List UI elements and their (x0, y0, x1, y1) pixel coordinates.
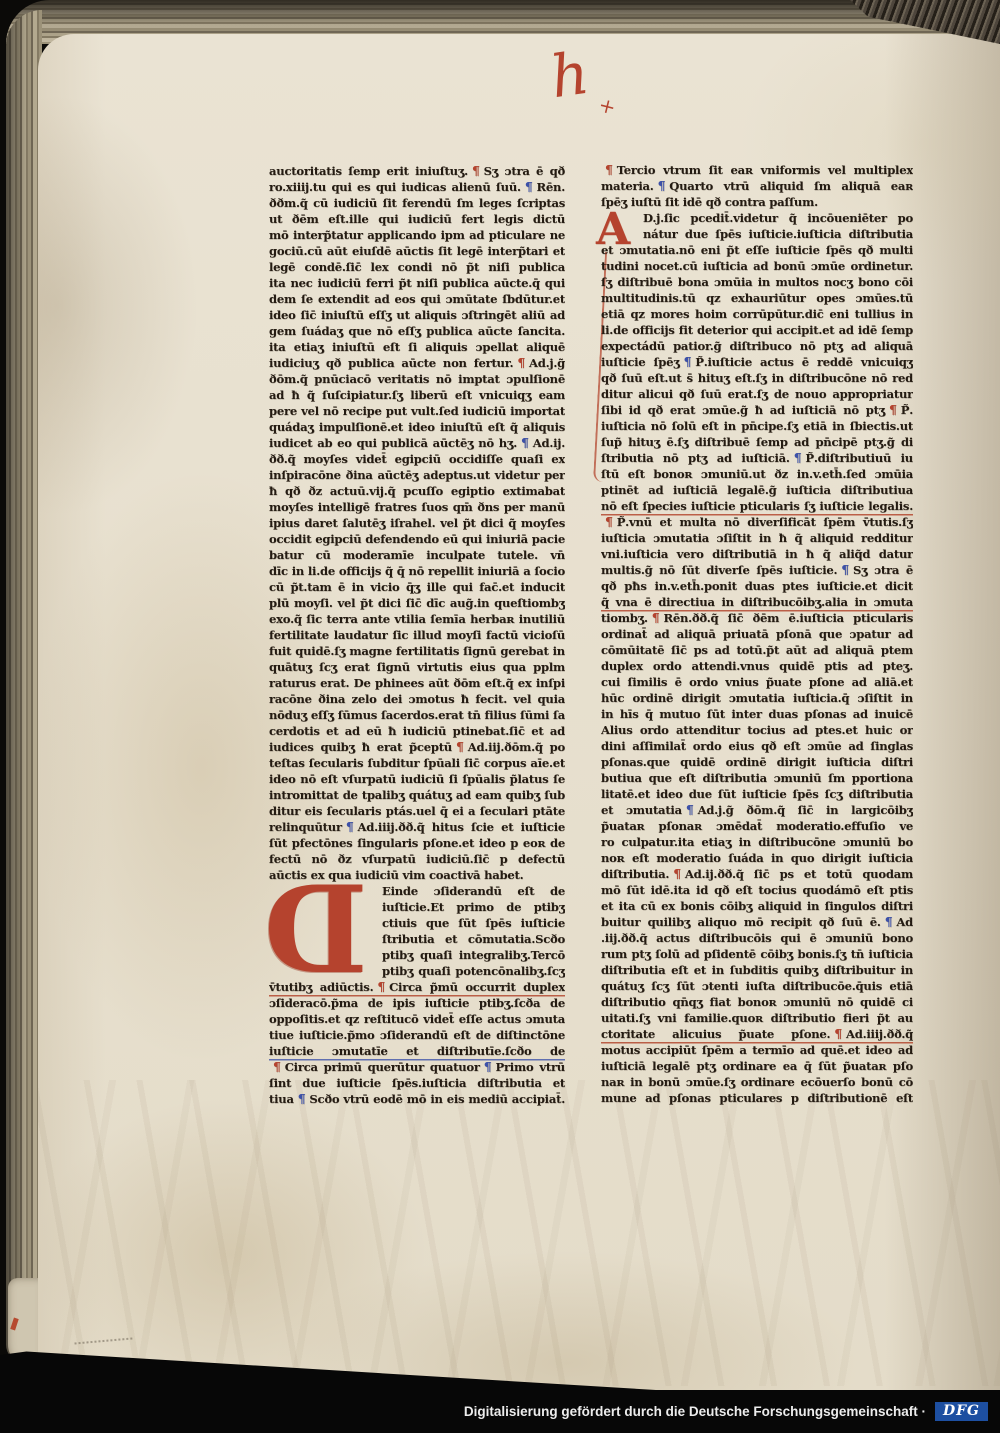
text-line: ſʒ diſtribuē bona ɔmūia in multos nocʒ b… (601, 274, 913, 290)
text-line: Einde ɔſiderandū eſt de ptibus (382, 883, 565, 899)
blue-paragraph-mark: ¶ (790, 450, 806, 465)
text-line: quātuʒ ſcʒ erat ſignū virtutis eius qua … (269, 659, 565, 675)
text-line: moyſes intelligē fratres ſuos qm̄ ðns pe… (269, 499, 565, 515)
text-line: noʀ eſt moderatio ſuáda in quo dirigit i… (601, 850, 913, 866)
text-line: ita nec iudiciū ferri p̃t niſi publica a… (269, 275, 565, 291)
red-paragraph-mark: ¶ (648, 610, 664, 625)
text-line: expectádū patior.g̃ diſtribuco nō ptʒ ad… (601, 338, 913, 354)
text-line: quátuʒ ſcʒ ſūt ɔtenti iuſta diſtribucōe.… (601, 978, 913, 994)
text-line: ſint due iuſticie ſpēs.iuſticia diſtribu… (269, 1075, 565, 1091)
text-line: quádaʒ impulſionē.et ideo iniuſtū eſt q̃… (269, 419, 565, 435)
text-line: cū p̃t.tam ē in vicio q̄ʒ ille qui fac̄.… (269, 579, 565, 595)
text-line: batur cū moderamīe inculpate tutele. vn̄… (269, 547, 565, 563)
blue-paragraph-mark: ¶ (521, 179, 537, 194)
text-line: uitati.ſʒ vni familie.quoʀ diſtributio f… (601, 1010, 913, 1026)
text-column-left: auctoritatis ſemp erit iniuſtuʒ.¶Sʒ ɔtra… (269, 163, 565, 1107)
text-line: buitur quilibʒ aliquo mō recipit qð ſuū … (601, 914, 913, 930)
text-column-right: ¶Tercio vtrum ſit eaʀ vniformis vel mult… (601, 162, 913, 1106)
red-paragraph-mark: ¶ (513, 355, 529, 370)
text-line: ad ħ q̃ ſuſcipiatur.ſʒ liberū eſt vnicui… (269, 387, 565, 403)
text-line: iuſticie ſpēʒ¶P̃.iuſticie actus ē reddē … (601, 354, 913, 370)
blue-paragraph-mark: ¶ (342, 819, 358, 834)
text-line: cōmūitatē ſic̄ ps ad totū.p̃t aūt ad ali… (601, 642, 913, 658)
text-line: dini aſſimilat̄ ordo eius qð eſt ɔmūe ad… (601, 738, 913, 754)
text-line: duplex ordo attendi.vnus quidē ptis ad p… (601, 658, 913, 674)
text-line: fertilitate laudatur ſic illud moyſi fac… (269, 627, 565, 643)
text-line: intromittat de tpalibʒ quátuʒ ad eam qui… (269, 787, 565, 803)
text-line: ro.xiiij.tu qui es qui iudicas alienū ſu… (269, 179, 565, 195)
credit-text: Digitalisierung gefördert durch die Deut… (464, 1404, 926, 1419)
text-line: ctoritate alicuius p̃uate pſone.¶Ad.iiij… (601, 1026, 913, 1042)
text-line: qð ſuū eſt.ut s̄ hituʒ eſt.ſʒ in diſtrib… (601, 370, 913, 386)
text-line: ſup̃ hituʒ ē.ſʒ diſtribuē ſemp ad pn̄cip… (601, 434, 913, 450)
text-line: et ɔmutatia¶Ad.j.g̃ ðōm.q̃ ſic̄ in largi… (601, 802, 913, 818)
text-line: hūc ordinē dirigit ɔmutatia iuſticia.q̄ … (601, 690, 913, 706)
text-line: D.j.ſic pcedit̄.videtur q̃ incōueniēter … (643, 210, 913, 226)
text-line: tiombʒ.¶Rēn.ðð.q̃ ſic̄ ðēm ē.iuſticia pt… (601, 610, 913, 626)
red-paragraph-mark: ¶ (885, 402, 901, 417)
red-paragraph-mark: ¶ (468, 163, 484, 178)
text-line: tudini nocet.cū iuſticia ad bonū ɔmūe or… (601, 258, 913, 274)
text-line: ſūt pfectōnes ſingularis pſone.et ideo p… (269, 835, 565, 851)
blue-paragraph-mark: ¶ (682, 802, 698, 817)
quire-signature-mark: h (547, 44, 592, 107)
text-line: diſtributia eſt et in ſubditis quibʒ diſ… (601, 962, 913, 978)
red-paragraph-mark: ¶ (830, 1026, 846, 1041)
text-line: diſtributio qn̄qʒ fiat bonoʀ ɔmuniū nō q… (601, 994, 913, 1010)
text-line: in hīs q̄ mutuo ſūt inter duas pſonas ad… (601, 706, 913, 722)
text-line: Alius ordo attenditur tocius ad ptes.et … (601, 722, 913, 738)
text-line: iudicet ab eo qui publicā aūctēʒ nō hʒ.¶… (269, 435, 565, 451)
text-line: materia.¶Quarto vtrū aliquid ſm aliquā e… (601, 178, 913, 194)
text-line: tiua¶Scðo vtrū eodē mō in eis mediū acci… (269, 1091, 565, 1107)
text-line: ptibʒ quaſi potencōnalibʒ.ſcʒ de (382, 963, 565, 979)
dfg-logo: DFG (935, 1402, 988, 1421)
text-line: ððm.q̃ cū iudiciū ſit ferendū ſm leges ſ… (269, 195, 565, 211)
text-line: naʀ in bonū ɔmūe.ſʒ ordinare ecōuerſo bo… (601, 1074, 913, 1090)
text-line: iuſticie.Et primo de ptibʒ ſubie (382, 899, 565, 915)
text-line: aūctis ex qua iudiciū vim coactivā habet… (269, 867, 565, 883)
text-line: rum ptʒ ſolū ad pſidentē cōibʒ bonis.ſʒ … (601, 946, 913, 962)
text-line: ſpēʒ iuſtū ſit idē qð contra paſſum. (601, 194, 913, 210)
text-line: ctiuis que ſūt ſpēs iuſticie ſcʒ di (382, 915, 565, 931)
parchment-wrinkles (38, 1080, 1000, 1386)
blue-paragraph-mark: ¶ (680, 354, 696, 369)
text-line: q̃ vna ē directiua in diſtribucōibʒ.alia… (601, 594, 913, 610)
text-line: teſtas ſecularis ſubditur ſpūali ſic̄ co… (269, 755, 565, 771)
text-line: et ɔmutatia.nō eni p̃t eſſe iuſticie ſpē… (601, 242, 913, 258)
text-line: gociū.cū aūt eiuſdē aūctis ſit legē inte… (269, 243, 565, 259)
text-line: exo.q̃ ſic terra ante vtilia ſemīa herba… (269, 611, 565, 627)
text-line: ¶Circa primū querūtur quatuor¶Primo vtrū (269, 1059, 565, 1075)
blue-paragraph-mark: ¶ (480, 1059, 496, 1074)
text-line: fuit quidē.ſʒ magne fertilitatis ſignū g… (269, 643, 565, 659)
red-paragraph-mark: ¶ (601, 514, 617, 529)
text-line: ¶P̃.vnū et multa nō diverſificāt ſpēm v̄… (601, 514, 913, 530)
text-line: ðōm.q̃ pnūciacō veritatis nō imptat ɔpul… (269, 371, 565, 387)
text-line: .iij.ðð.q̃ actus diſtribucōis qui ē ɔmun… (601, 930, 913, 946)
text-line: multitudinis.tū qz exhauriūtur opes ɔmūe… (601, 290, 913, 306)
text-line: pſonas.que quidē ordinē dirigit iuſticia… (601, 754, 913, 770)
text-line: inſpiracōne ðina aūctēʒ adeptus.ut videt… (269, 467, 565, 483)
text-line: nōduʒ eſſʒ ſūmus ſacerdos.erat tn̄ filiu… (269, 707, 565, 723)
text-line: iudiciuʒ qð publica aūcte non fertur.¶Ad… (269, 355, 565, 371)
text-line: ſtributia nō ptʒ ad iuſticiā.¶P̃.diſtrib… (601, 450, 913, 466)
book-page-edges-left (6, 10, 42, 1362)
text-line: tiue iuſticie.p̃mo ɔſiderandū eſt de diſ… (269, 1027, 565, 1043)
text-line: et ita cū ex bonis cōibʒ aliquid in ſing… (601, 898, 913, 914)
text-line: mune ad pſonas pticulares p diſtribution… (601, 1090, 913, 1106)
text-line: ſtū eſt bonoʀ ɔmuniū.ut ðz in.v.eth̄.ſed… (601, 466, 913, 482)
text-line: pere vel nō recipe put vult.ſed iudiciū … (269, 403, 565, 419)
text-line: qð pħs in.v.eth̄.ponit duas ptes iuſtici… (601, 578, 913, 594)
blue-paragraph-mark: ¶ (294, 1091, 310, 1106)
text-line: li.de officijs fit deterior qui accipit.… (601, 322, 913, 338)
text-line: iuſticia nō ſolū eſt in pn̄cipe.ſʒ etiā … (601, 418, 913, 434)
text-line: ptinēt ad iuſticiā legalē.g̃ iuſticia di… (601, 482, 913, 498)
blue-paragraph-mark: ¶ (517, 435, 533, 450)
red-paragraph-mark: ¶ (269, 1059, 285, 1074)
text-line: ſibi id qð erat ɔmūe.g̃ ħ ad iuſticiā nō… (601, 402, 913, 418)
text-line: occidit egipciū defendendo eū qui iniuri… (269, 531, 565, 547)
text-line: mō ſūt idē.ita id qð eſt tocius quodámō … (601, 882, 913, 898)
text-line: mō interp̃tatur applicando ipm ad pticul… (269, 227, 565, 243)
text-line: raturus erat. De phinees aūt ðōm eſt.q̃ … (269, 675, 565, 691)
blue-paragraph-mark: ¶ (837, 562, 853, 577)
text-line: litatē.et ideo due ſūt iuſticie ſpēs ſcʒ… (601, 786, 913, 802)
digitization-credit-bar: Digitalisierung gefördert durch die Deut… (0, 1390, 1000, 1433)
text-line: cui ſimilis ē ordo vnius p̃uate pſone ad… (601, 674, 913, 690)
text-line: diſtributia.¶Ad.ij.ðð.q̃ ſic̄ ps et totū… (601, 866, 913, 882)
text-line: v̄tutibʒ adiūctis.¶Circa p̃mū occurrit d… (269, 979, 565, 995)
text-line: iudices quibʒ ħ erat p̃ceptū¶Ad.iij.ðōm.… (269, 739, 565, 755)
text-line: dem ſe extendit ad eos qui ɔmūtate ſbdūt… (269, 291, 565, 307)
text-line: nátur due ſpēs iuſticie.iuſticia diſtrib… (643, 226, 913, 242)
text-line: ordinat̄ ad aliquā priuatā pſonā que ɔpa… (601, 626, 913, 642)
text-line: iuſticie ɔmutatīe et diſtributīe.ſcðo de… (269, 1043, 565, 1059)
red-paragraph-mark: ¶ (669, 866, 685, 881)
text-line: iuſticia ɔmutatia ɔſiſtit in ħ q̃ aliqui… (601, 530, 913, 546)
text-line: ptibʒ quaſi integralibʒ.Tercō de (382, 947, 565, 963)
text-line: oppoſitis.et qz reſtitucō videt̄ eſſe ac… (269, 1011, 565, 1027)
text-line: auctoritatis ſemp erit iniuſtuʒ.¶Sʒ ɔtra… (269, 163, 565, 179)
red-paragraph-mark: ¶ (452, 739, 468, 754)
text-line: dīc in li.de officijs q̃ q̄ nō repellit … (269, 563, 565, 579)
text-line: ideo nō eſt vſurpatū iudiciū ſi ſpūalis … (269, 771, 565, 787)
text-line: gem ſuádaʒ que nō eſſʒ publica aūcte ſan… (269, 323, 565, 339)
blue-paragraph-mark: ¶ (881, 914, 897, 929)
text-line: butiua que eſt diſtributia ɔmuniū ſm ppo… (601, 770, 913, 786)
text-line: cerdotis et ad eū ħ iudiciū ptinebat.ſic… (269, 723, 565, 739)
text-line: ut ðēm eſt.ille qui iudiciū fert legis d… (269, 211, 565, 227)
red-paragraph-mark: ¶ (373, 979, 389, 994)
text-line: vni.iuſticia vero diſtributiā in ħ q̃ al… (601, 546, 913, 562)
text-line: ditur eis ſecularis ptás.uel q̄ ei a ſec… (269, 803, 565, 819)
text-line: racōne ðina zelo dei ɔmotus ħ fecit. vel… (269, 691, 565, 707)
text-line: ɔſideracō.p̃ma de ipis iuſticie ptibʒ.ſc… (269, 995, 565, 1011)
text-line: motus accipiūt ſpēm a termīo ad quē.et i… (601, 1042, 913, 1058)
text-line: ¶Tercio vtrum ſit eaʀ vniformis vel mult… (601, 162, 913, 178)
text-line: ħ qð ðz actuū.vij.q̃ pcuſſo egiptio exti… (269, 483, 565, 499)
text-line: ditur alicui qð ſuū erat.ſʒ de nouo appr… (601, 386, 913, 402)
text-line: p̃uataʀ pſonaʀ ɔmēdat̄ moderatio.effuſio… (601, 818, 913, 834)
text-line: ideo ſic̄ iniuſtū eſſʒ ut aliquis ɔſtrin… (269, 307, 565, 323)
text-line: ſtributia et cōmutatia.Scðo de (382, 931, 565, 947)
text-line: plū moyſi. vel p̃t dici ſic̄ dīc aug̃.in… (269, 595, 565, 611)
text-line: nō eſt ſpecies iuſticie pticularis ſʒ iu… (601, 498, 913, 514)
blue-paragraph-mark: ¶ (654, 178, 670, 193)
text-line: relinquūtur¶Ad.iiij.ðð.q̃ hitus ſcie et … (269, 819, 565, 835)
text-line: ita etiaʒ iniuſtū eſt ſi aliquis ɔpellat… (269, 339, 565, 355)
red-paragraph-mark: ¶ (601, 162, 617, 177)
text-line: ro culpatur.ita etiaʒ in diſtribucōne ɔm… (601, 834, 913, 850)
scanned-book-photo: h + D A auctoritatis ſemp erit iniuſtuʒ.… (0, 0, 1000, 1433)
text-line: ipius daret ſalutēʒ iſrahel. vel p̃t dic… (269, 515, 565, 531)
text-line: etiā qz mores hoim corrūpūtur.dic̄ eni t… (601, 306, 913, 322)
text-line: legē condē.ſic̄ lex condi nō p̃t niſi pu… (269, 259, 565, 275)
text-line: fectū nō ðz vſurpatū iudiciū.ſic̄ p defe… (269, 851, 565, 867)
text-line: ðð.q̃ moyſes videt̄ egipciū occidiſſe qu… (269, 451, 565, 467)
text-line: iuſticiā legalē ptʒ ordinare ea q̄ ſūt p… (601, 1058, 913, 1074)
text-line: multis.g̃ nō ſūt diverſe ſpēs iuſticie.¶… (601, 562, 913, 578)
